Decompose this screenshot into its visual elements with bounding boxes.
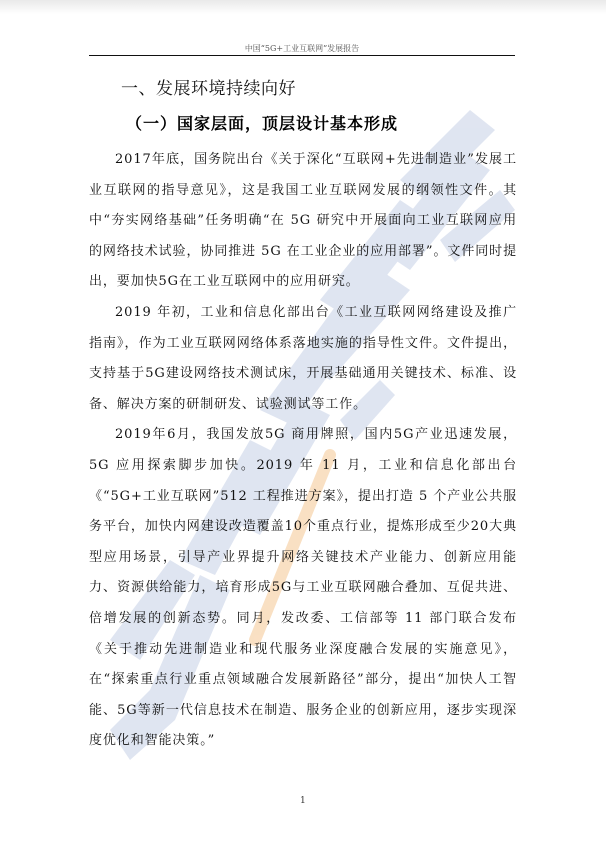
viewer-top-shadow xyxy=(0,0,606,14)
page-number: 1 xyxy=(300,796,306,806)
running-header: 中国“5G+工业互联网”发展报告 xyxy=(89,44,515,54)
paragraph: 2017年底，国务院出台《关于深化“互联网+先进制造业”发展工业互联网的指导意见… xyxy=(89,145,517,298)
header-divider xyxy=(89,55,515,56)
section-heading: 一、发展环境持续向好 xyxy=(121,78,296,100)
body-text: 2017年底，国务院出台《关于深化“互联网+先进制造业”发展工业互联网的指导意见… xyxy=(89,145,517,757)
subsection-heading: （一）国家层面，顶层设计基本形成 xyxy=(126,113,398,135)
paragraph: 2019 年初，工业和信息化部出台《工业互联网网络建设及推广指南》，作为工业互联… xyxy=(89,298,517,420)
paragraph: 2019年6月，我国发放5G 商用牌照，国内5G产业迅速发展，5G 应用探索脚步… xyxy=(89,420,517,757)
